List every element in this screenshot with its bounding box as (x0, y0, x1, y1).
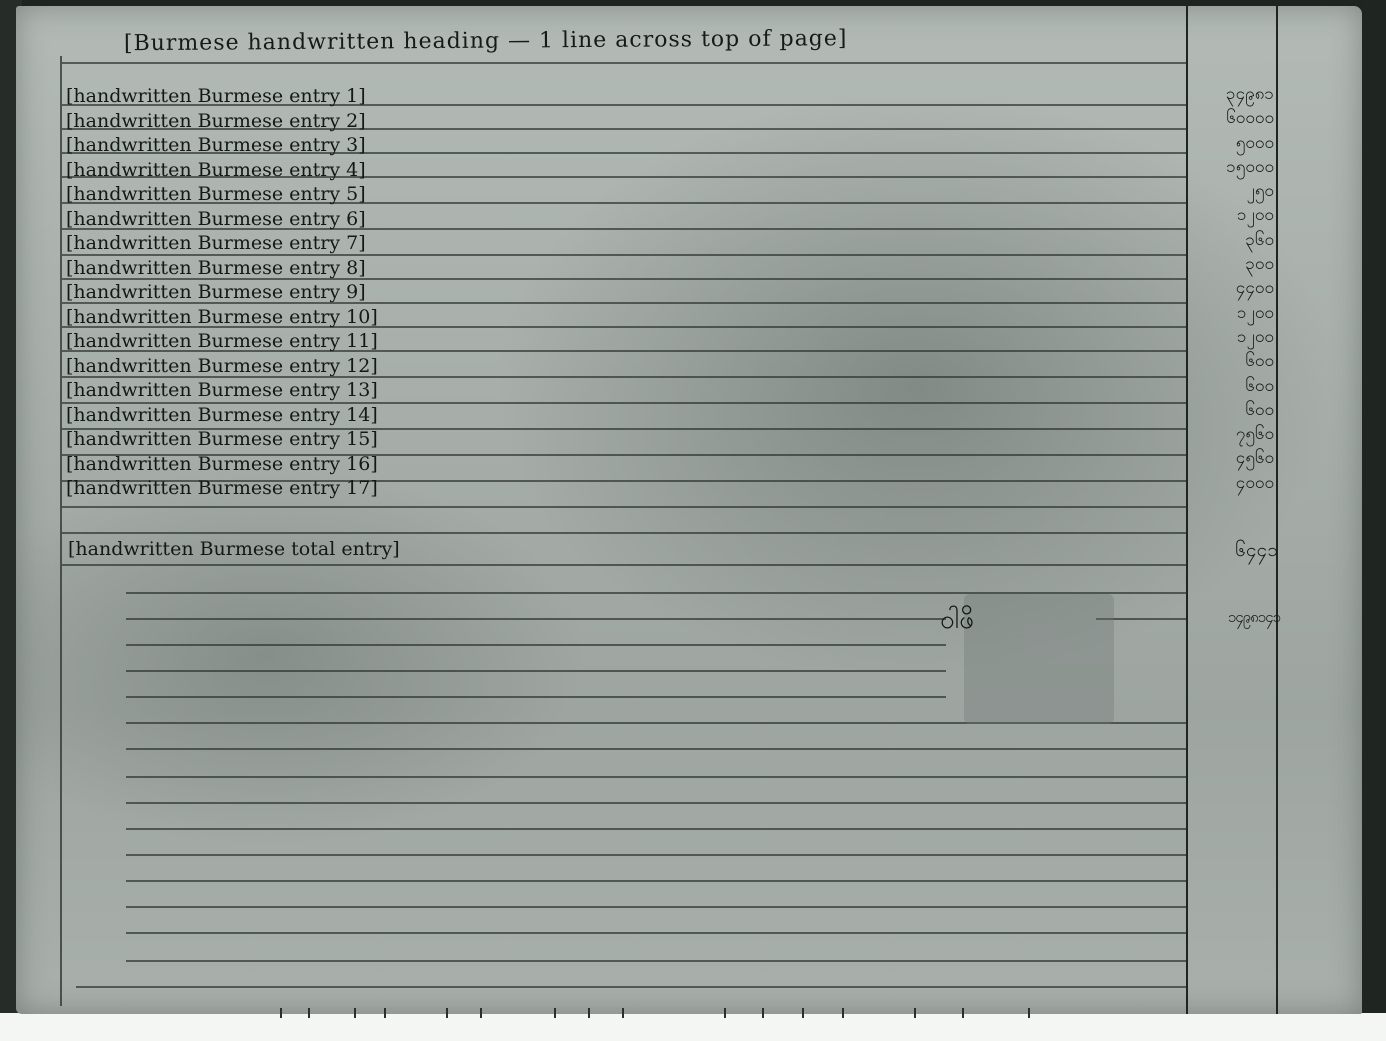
ruled-line (76, 986, 1186, 988)
amount-value: ၄၀၀၀ (1196, 471, 1278, 495)
bottom-tick-mark (962, 1008, 964, 1018)
entry-line: [handwritten Burmese entry 3] (66, 133, 626, 158)
amount-value: ၃၆၀ (1196, 228, 1278, 252)
bottom-tick-mark (842, 1008, 844, 1018)
document-heading: [Burmese handwritten heading — 1 line ac… (124, 25, 1044, 71)
amount-value: ၄၄၀၀ (1196, 276, 1278, 300)
amount-value: ၅၀၀၀ (1196, 131, 1278, 155)
ruled-line (126, 748, 1186, 750)
entry-line: [handwritten Burmese entry 10] (66, 305, 626, 330)
ruled-line (126, 644, 946, 646)
entry-line: [handwritten Burmese entry 15] (66, 427, 626, 452)
bottom-tick-mark (480, 1008, 482, 1018)
entry-line: [handwritten Burmese entry 7] (66, 231, 626, 256)
entry-line: [handwritten Burmese entry 12] (66, 354, 626, 379)
entry-line: [handwritten Burmese entry 9] (66, 280, 626, 305)
entry-line: [handwritten Burmese entry 6] (66, 207, 626, 232)
bottom-tick-mark (588, 1008, 590, 1018)
bottom-tick-mark (724, 1008, 726, 1018)
bottom-tick-mark (914, 1008, 916, 1018)
bottom-tick-mark (622, 1008, 624, 1018)
bottom-tick-mark (308, 1008, 310, 1018)
entry-line: [handwritten Burmese entry 11] (66, 329, 626, 354)
signature-mark: ဝါဖိ (940, 602, 1050, 636)
bottom-tick-mark (554, 1008, 556, 1018)
ruled-line (126, 776, 1186, 778)
amount-column-left-border (1186, 6, 1188, 1014)
ruled-line (126, 828, 1186, 830)
bottom-tick-mark (1028, 1008, 1030, 1018)
ruled-line (126, 960, 1186, 962)
entry-line: [handwritten Burmese entry 1] (66, 84, 626, 109)
total-amount: ၆၄၄၁ (1196, 538, 1282, 566)
bottom-tick-mark (354, 1008, 356, 1018)
amount-value: ၇၅၆၀ (1196, 422, 1278, 446)
manuscript-page: Historical handwritten manuscript photog… (16, 6, 1362, 1014)
amount-value: ၆၀၀ (1196, 349, 1278, 373)
ruled-line (126, 618, 946, 620)
bottom-tick-mark (384, 1008, 386, 1018)
ruled-line (126, 932, 1186, 934)
entry-line: [handwritten Burmese entry 5] (66, 182, 626, 207)
amount-value: ၁၅၀၀၀ (1196, 155, 1278, 179)
entry-line: [handwritten Burmese entry 2] (66, 109, 626, 134)
amount-value: ၃၀၀ (1196, 252, 1278, 276)
ruled-line (126, 906, 1186, 908)
total-entry-line: [handwritten Burmese total entry] (68, 538, 388, 566)
left-margin-line (60, 56, 62, 1006)
background-right-edge (1362, 0, 1386, 1041)
amount-value: ၁၂၀၀ (1196, 203, 1278, 227)
ruled-line (62, 506, 1186, 508)
amount-value: ၆၀၀၀၀ (1196, 106, 1278, 130)
ruled-line (126, 854, 1186, 856)
entry-line: [handwritten Burmese entry 13] (66, 378, 626, 403)
amount-value: ၁၂၀၀ (1196, 325, 1278, 349)
ruled-line (126, 880, 1186, 882)
bottom-tick-mark (280, 1008, 282, 1018)
entry-line: [handwritten Burmese entry 14] (66, 403, 626, 428)
entry-list: [handwritten Burmese entry 1] [handwritt… (66, 84, 626, 501)
amount-value: ၁၂၀၀ (1196, 301, 1278, 325)
entry-line: [handwritten Burmese entry 4] (66, 158, 626, 183)
amount-value: ၂၅၀ (1196, 179, 1278, 203)
amount-value: ၄၅၆၀ (1196, 446, 1278, 470)
bottom-tick-mark (802, 1008, 804, 1018)
entry-line: [handwritten Burmese entry 17] (66, 476, 626, 501)
bottom-tick-mark (762, 1008, 764, 1018)
ruled-line (62, 532, 1186, 534)
amount-value: ၃၄၉၈၁ (1196, 82, 1278, 106)
amount-value: ၆၀၀ (1196, 398, 1278, 422)
background-bottom-edge (0, 1013, 1386, 1041)
entry-line: [handwritten Burmese entry 8] (66, 256, 626, 281)
ruled-line (126, 670, 946, 672)
amount-column: ၃၄၉၈၁ ၆၀၀၀၀ ၅၀၀၀ ၁၅၀၀၀ ၂၅၀ ၁၂၀၀ ၃၆၀ ၃၀၀ … (1196, 82, 1278, 495)
amount-value: ၆၀၀ (1196, 374, 1278, 398)
ruled-line (126, 802, 1186, 804)
entry-line: [handwritten Burmese entry 16] (66, 452, 626, 477)
grand-total-amount: ၁၄၉၈၁၄၁ (1190, 608, 1282, 630)
bottom-tick-mark (446, 1008, 448, 1018)
ruled-line (126, 696, 946, 698)
